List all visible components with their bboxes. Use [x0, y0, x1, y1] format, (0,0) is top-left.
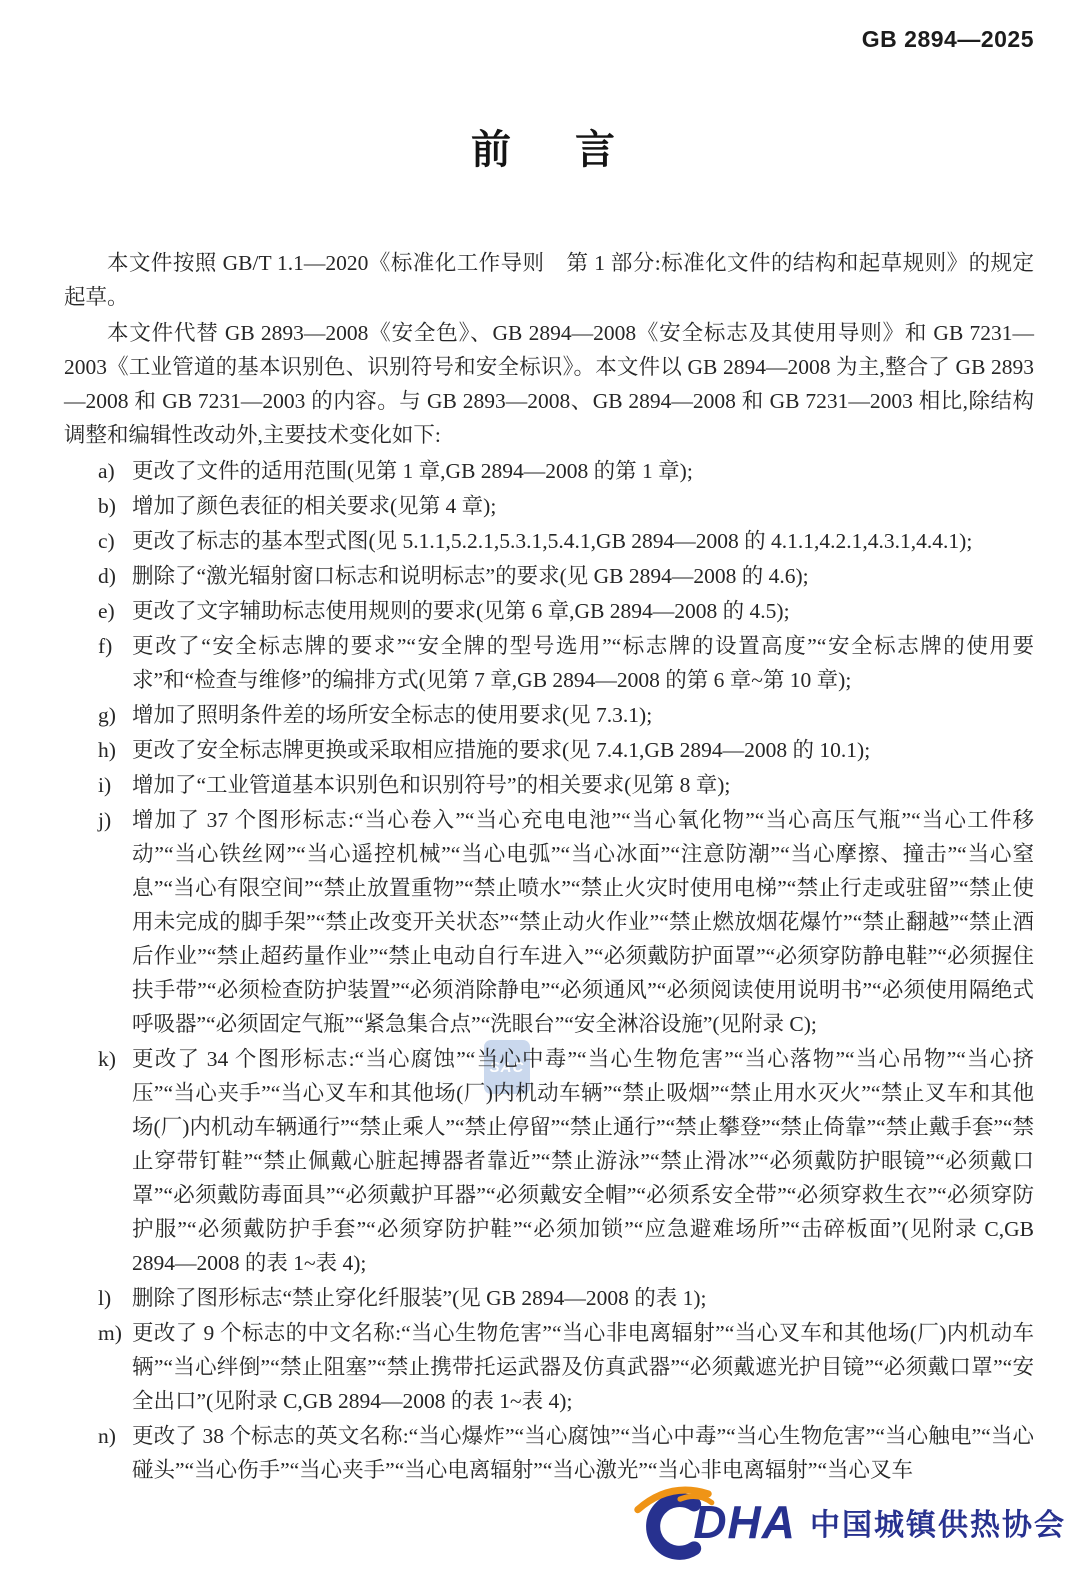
list-item-l: l) 删除了图形标志“禁止穿化纤服装”(见 GB 2894—2008 的表 1)… [64, 1281, 1034, 1315]
list-item-label: i) [98, 768, 111, 802]
list-item-k: k) 更改了 34 个图形标志:“当心腐蚀”“当心中毒”“当心生物危害”“当心落… [64, 1042, 1034, 1280]
list-item-text: 更改了安全标志牌更换或采取相应措施的要求(见 7.4.1,GB 2894—200… [132, 738, 870, 762]
list-item-j: j) 增加了 37 个图形标志:“当心卷入”“当心充电电池”“当心氧化物”“当心… [64, 803, 1034, 1041]
list-item-label: l) [98, 1281, 111, 1315]
list-item-text: 增加了“工业管道基本识别色和识别符号”的相关要求(见第 8 章); [132, 773, 730, 797]
list-item-text: 更改了 38 个标志的英文名称:“当心爆炸”“当心腐蚀”“当心中毒”“当心生物危… [132, 1424, 1034, 1482]
document-page: GB 2894—2025 前 言 SAC 本文件按照 GB/T 1.1—2020… [0, 0, 1080, 1582]
list-item-d: d) 删除了“激光辐射窗口标志和说明标志”的要求(见 GB 2894—2008 … [64, 559, 1034, 593]
list-item-label: j) [98, 803, 111, 837]
doc-number: GB 2894—2025 [862, 26, 1034, 53]
list-item-m: m) 更改了 9 个标志的中文名称:“当心生物危害”“当心非电离辐射”“当心叉车… [64, 1316, 1034, 1418]
page-title: 前 言 [64, 126, 1034, 174]
list-item-n: n) 更改了 38 个标志的英文名称:“当心爆炸”“当心腐蚀”“当心中毒”“当心… [64, 1419, 1034, 1487]
list-item-g: g) 增加了照明条件差的场所安全标志的使用要求(见 7.3.1); [64, 698, 1034, 732]
list-item-text: 增加了 37 个图形标志:“当心卷入”“当心充电电池”“当心氧化物”“当心高压气… [132, 808, 1034, 1036]
list-item-text: 更改了文字辅助标志使用规则的要求(见第 6 章,GB 2894—2008 的 4… [132, 599, 790, 623]
list-item-label: e) [98, 594, 115, 628]
list-item-label: m) [98, 1316, 122, 1350]
list-item-label: c) [98, 524, 115, 558]
list-item-label: k) [98, 1042, 116, 1076]
list-item-b: b) 增加了颜色表征的相关要求(见第 4 章); [64, 489, 1034, 523]
foreword-body: 本文件按照 GB/T 1.1—2020《标准化工作导则 第 1 部分:标准化文件… [64, 246, 1034, 1487]
list-item-e: e) 更改了文字辅助标志使用规则的要求(见第 6 章,GB 2894—2008 … [64, 594, 1034, 628]
foreword-paragraph-1: 本文件按照 GB/T 1.1—2020《标准化工作导则 第 1 部分:标准化文件… [64, 246, 1034, 314]
list-item-c: c) 更改了标志的基本型式图(见 5.1.1,5.2.1,5.3.1,5.4.1… [64, 524, 1034, 558]
list-item-f: f) 更改了“安全标志牌的要求”“安全牌的型号选用”“标志牌的设置高度”“安全标… [64, 629, 1034, 697]
list-item-label: g) [98, 698, 116, 732]
list-item-a: a) 更改了文件的适用范围(见第 1 章,GB 2894—2008 的第 1 章… [64, 454, 1034, 488]
list-item-text: 更改了“安全标志牌的要求”“安全牌的型号选用”“标志牌的设置高度”“安全标志牌的… [132, 634, 1034, 692]
list-item-text: 更改了 34 个图形标志:“当心腐蚀”“当心中毒”“当心生物危害”“当心落物”“… [132, 1047, 1034, 1275]
list-item-h: h) 更改了安全标志牌更换或采取相应措施的要求(见 7.4.1,GB 2894—… [64, 733, 1034, 767]
list-item-text: 更改了 9 个标志的中文名称:“当心生物危害”“当心非电离辐射”“当心叉车和其他… [132, 1321, 1034, 1413]
changes-list: a) 更改了文件的适用范围(见第 1 章,GB 2894—2008 的第 1 章… [64, 454, 1034, 1487]
list-item-text: 更改了文件的适用范围(见第 1 章,GB 2894—2008 的第 1 章); [132, 459, 693, 483]
association-logo: DHA 中国城镇供热协会 [629, 1478, 1066, 1566]
logo-acronym-text: DHA [693, 1495, 796, 1549]
list-item-label: f) [98, 629, 112, 663]
list-item-label: a) [98, 454, 115, 488]
list-item-label: n) [98, 1419, 116, 1453]
list-item-text: 增加了照明条件差的场所安全标志的使用要求(见 7.3.1); [132, 703, 652, 727]
list-item-text: 更改了标志的基本型式图(见 5.1.1,5.2.1,5.3.1,5.4.1,GB… [132, 529, 972, 553]
list-item-label: h) [98, 733, 116, 767]
logo-org-name: 中国城镇供热协会 [810, 1500, 1066, 1544]
list-item-text: 增加了颜色表征的相关要求(见第 4 章); [132, 494, 496, 518]
list-item-text: 删除了图形标志“禁止穿化纤服装”(见 GB 2894—2008 的表 1); [132, 1286, 707, 1310]
list-item-i: i) 增加了“工业管道基本识别色和识别符号”的相关要求(见第 8 章); [64, 768, 1034, 802]
list-item-text: 删除了“激光辐射窗口标志和说明标志”的要求(见 GB 2894—2008 的 4… [132, 564, 809, 588]
list-item-label: b) [98, 489, 116, 523]
foreword-paragraph-2: 本文件代替 GB 2893—2008《安全色》、GB 2894—2008《安全标… [64, 316, 1034, 452]
list-item-label: d) [98, 559, 116, 593]
